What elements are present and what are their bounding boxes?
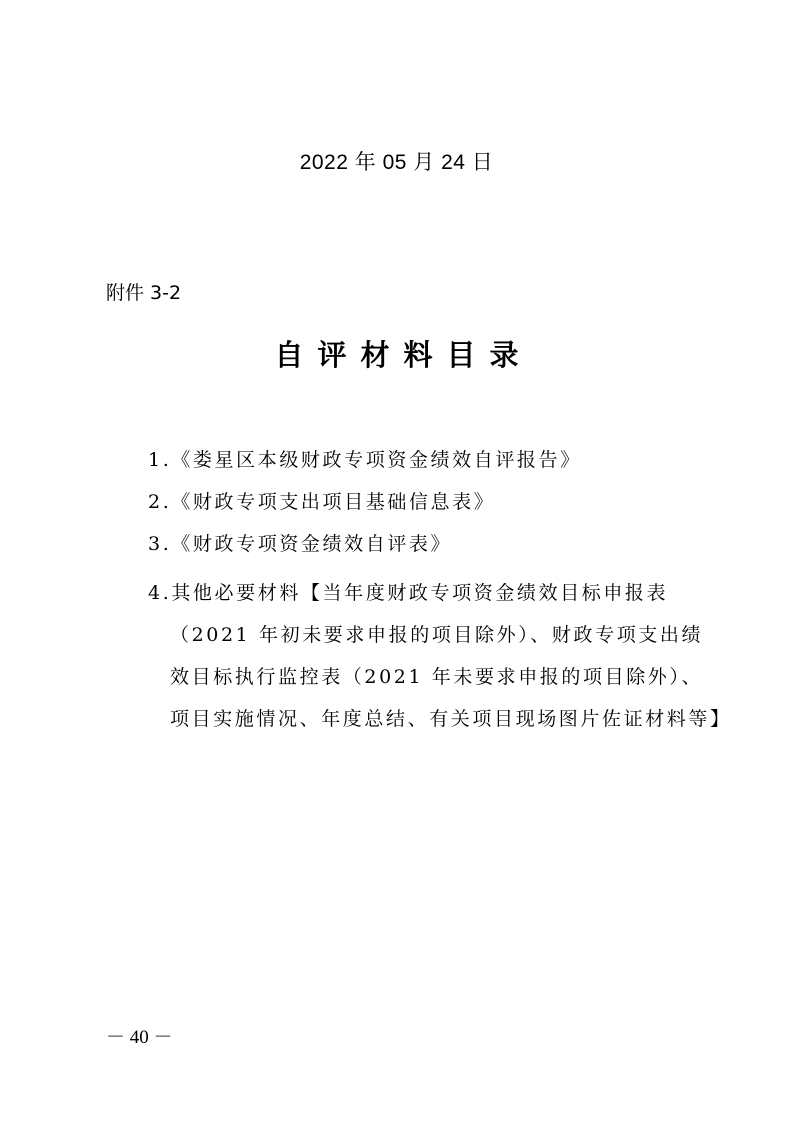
list-item: 2.《财政专项支出项目基础信息表》 — [148, 488, 708, 530]
list-item: 1.《娄星区本级财政专项资金绩效自评报告》 — [148, 446, 708, 488]
document-date: 2022 年 05 月 24 日 — [0, 146, 793, 176]
list-item-other-materials: 4.其他必要材料【当年度财政专项资金绩效目标申报表 （2021 年初未要求申报的… — [148, 572, 708, 740]
page-number: － 40 － — [106, 1022, 173, 1049]
list-item-line: （2021 年初未要求申报的项目除外）、财政专项支出绩 — [148, 614, 708, 656]
attachment-label: 附件 3-2 — [106, 278, 181, 305]
materials-list: 1.《娄星区本级财政专项资金绩效自评报告》 2.《财政专项支出项目基础信息表》 … — [148, 446, 708, 740]
list-item: 3.《财政专项资金绩效自评表》 — [148, 530, 708, 572]
list-item-line: 4.其他必要材料【当年度财政专项资金绩效目标申报表 — [148, 572, 708, 614]
list-item-line: 效目标执行监控表（2021 年未要求申报的项目除外）、 — [148, 656, 708, 698]
page-title: 自评材料目录 — [0, 333, 793, 374]
list-item-line: 项目实施情况、年度总结、有关项目现场图片佐证材料等】 — [148, 698, 708, 740]
